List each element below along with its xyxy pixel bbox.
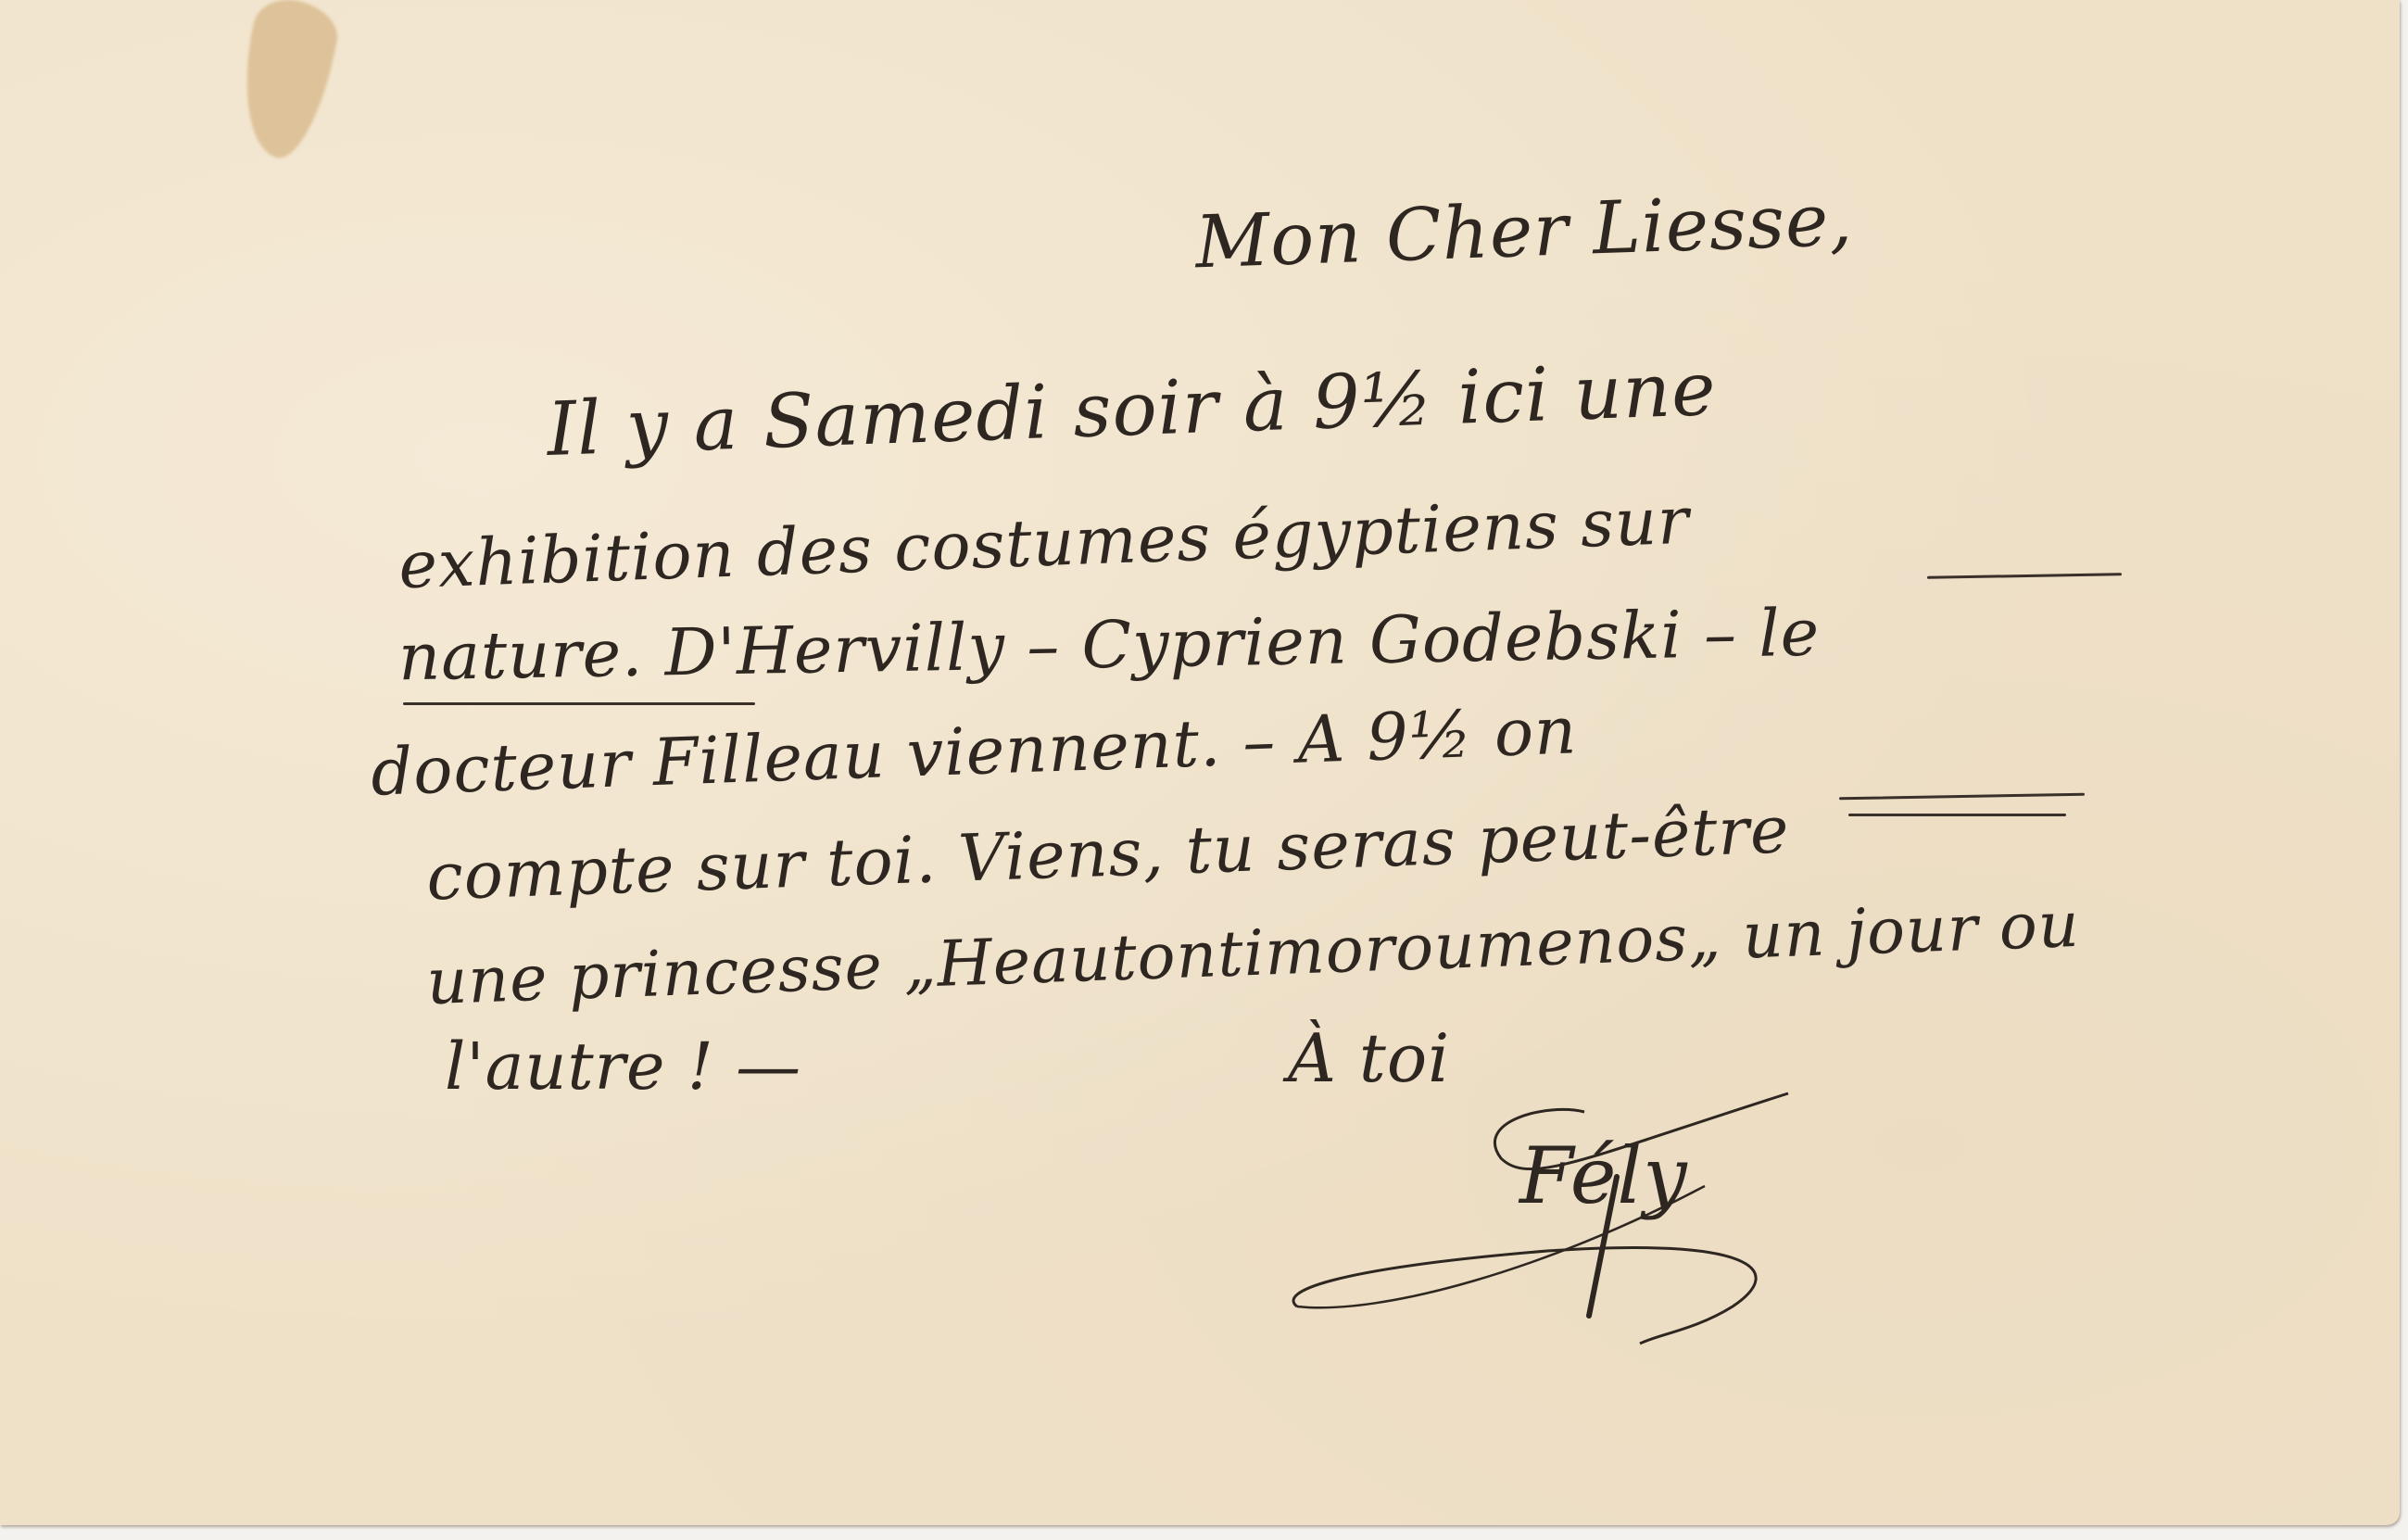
letter-card: Mon Cher Liesse, Il y a Samedi soir à 9½… [0,0,2400,1525]
letter-line-5: compte sur toi. Viens, tu seras peut-êtr… [425,791,1791,915]
underline-time-1 [1839,793,2085,801]
letter-line-3: nature. D'Hervilly – Cyprien Godebski – … [397,595,1820,696]
signature-flourish-icon [1269,1084,1899,1362]
letter-line-4: docteur Filleau viennent. – A 9½ on [370,692,1578,810]
letter-line-2: exhibition des costumes égyptiens sur [397,483,1691,604]
paper-stain [227,0,343,165]
underline-nature [403,702,755,705]
letter-signature: Fély [1519,1130,1688,1221]
letter-line-6: une princesse „Heautontimoroumenos„ un j… [425,889,2081,1019]
letter-line-7: l'autre ! — [445,1029,801,1105]
underline-time-2 [1848,814,2066,816]
underline-sur [1927,573,2122,579]
letter-salutation: Mon Cher Liesse, [1194,179,1855,285]
letter-line-1: Il y a Samedi soir à 9½ ici une [546,346,1718,473]
